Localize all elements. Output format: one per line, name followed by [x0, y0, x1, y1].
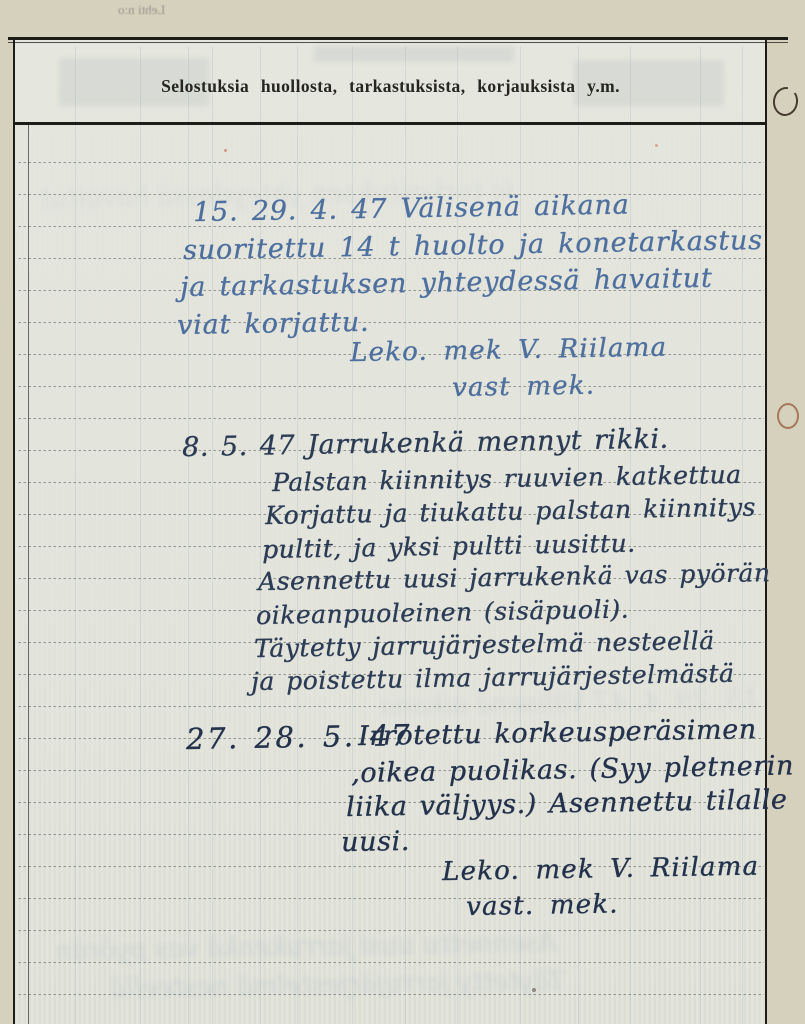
- paper-speck: [224, 149, 227, 152]
- form-header-band: Selostuksia huollosta, tarkastuksista, k…: [14, 40, 767, 124]
- entry-3-signature-role: vast. mek.: [466, 889, 619, 922]
- header-bottom-rule: [14, 122, 767, 125]
- punch-hole: [777, 403, 799, 429]
- paper-speck: [655, 144, 658, 147]
- left-margin-line: [28, 125, 29, 1024]
- entry-1-signature: Leko. mek V. Riilama: [350, 332, 668, 368]
- entry-1-line: viat korjattu.: [177, 307, 370, 341]
- bleed-through-smudge: [314, 46, 514, 62]
- entry-3-signature: Leko. mek V. Riilama: [442, 851, 760, 887]
- ghost-sheet-number-label: Lehti n:o: [118, 2, 165, 18]
- frame-left-border: [13, 40, 15, 1024]
- scanned-logbook-page: { "document": { "type": "aircraft mainte…: [0, 0, 805, 1024]
- entry-3-line: uusi.: [341, 826, 410, 858]
- punch-hole: [771, 85, 800, 117]
- page-title: Selostuksia huollosta, tarkastuksista, k…: [14, 76, 767, 97]
- frame-right-border: [765, 40, 767, 1024]
- entry-1-signature-role: vast mek.: [452, 371, 596, 403]
